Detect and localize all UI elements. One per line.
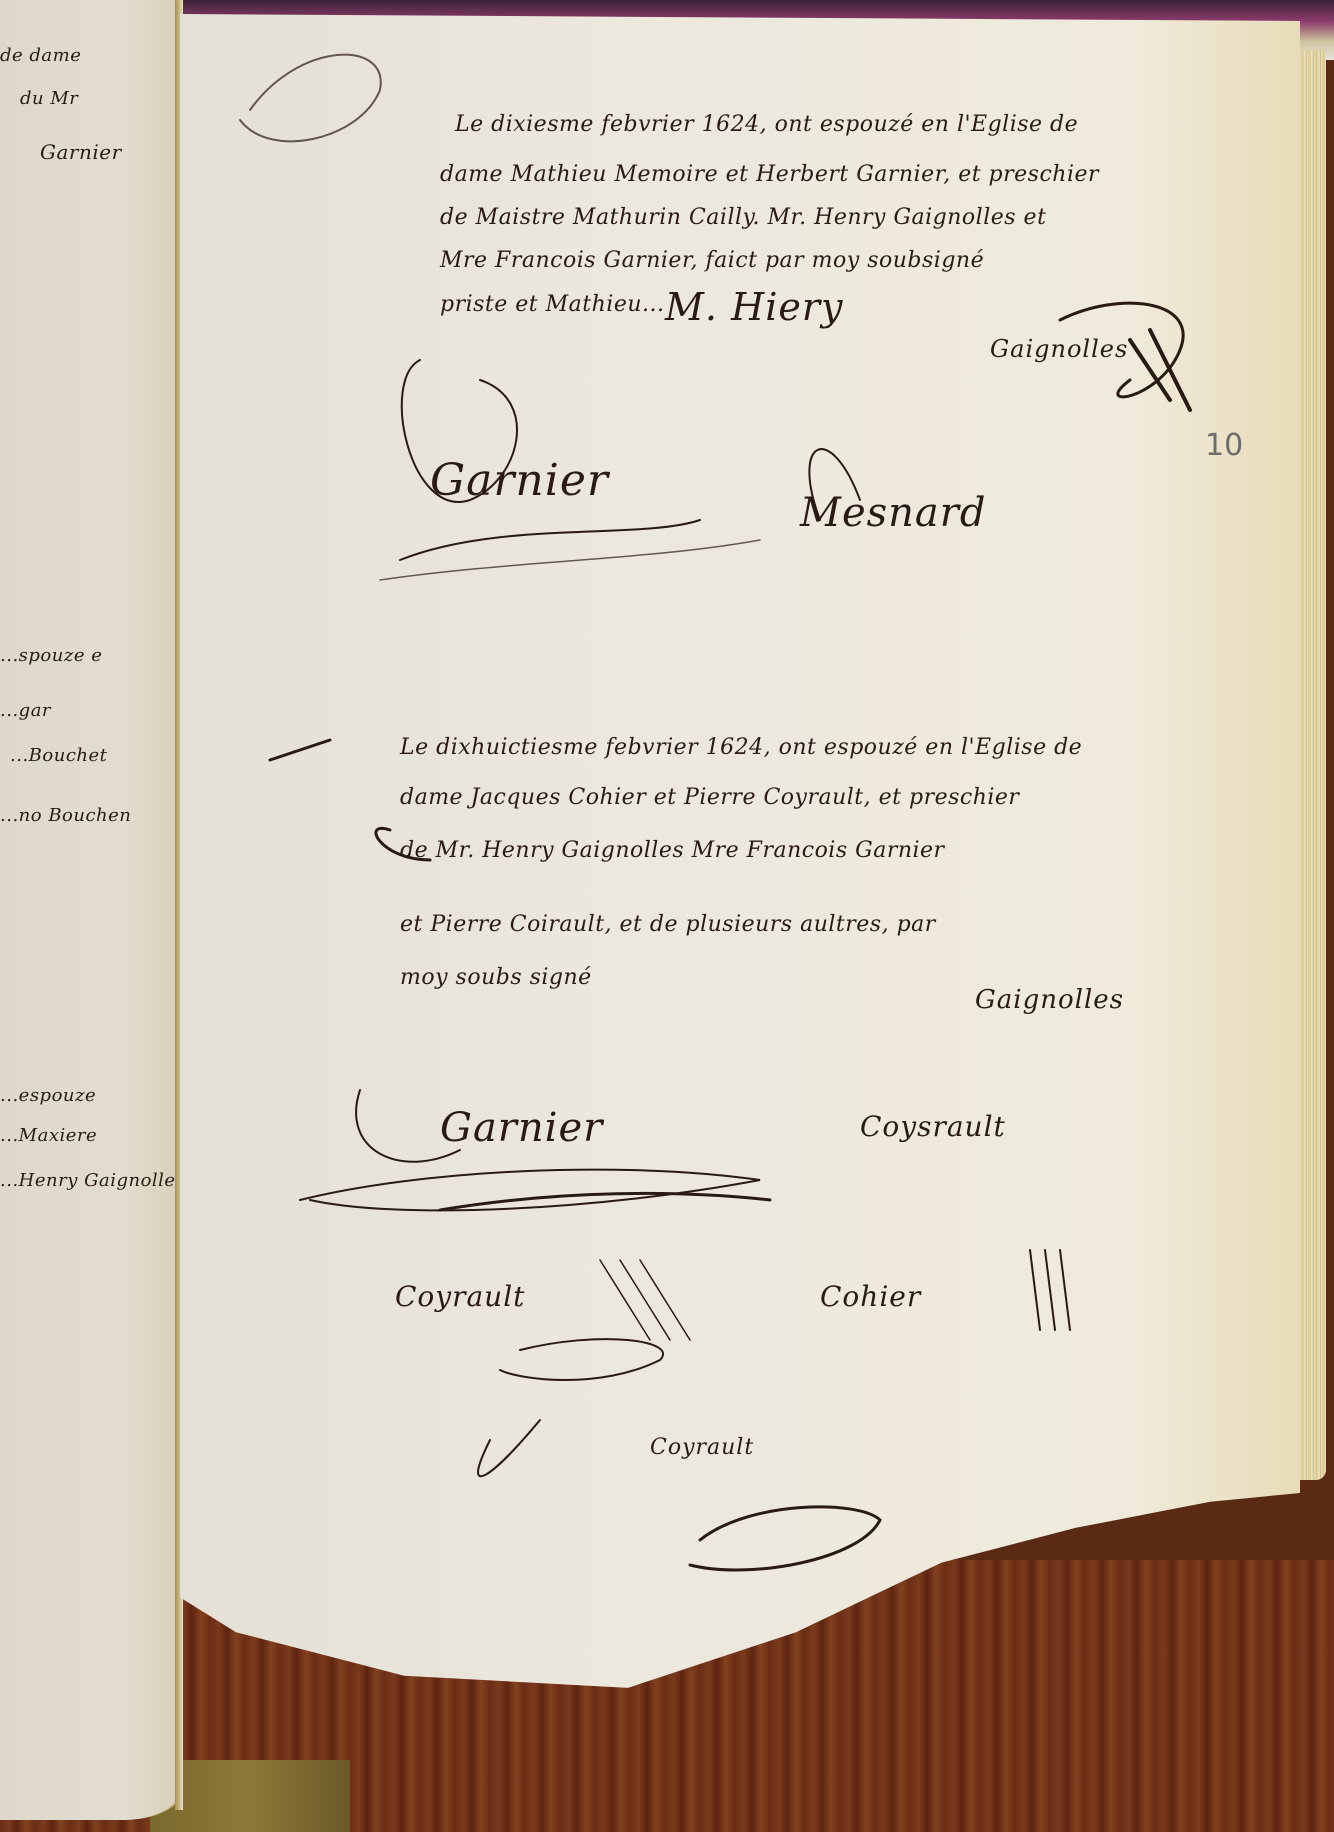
entry-2-line: de Mr. Henry Gaignolles Mre Francois Gar… <box>400 838 945 863</box>
signature: M. Hiery <box>665 285 843 329</box>
entry-1-line: dame Mathieu Memoire et Herbert Garnier,… <box>440 162 1099 187</box>
entry-1-line: Le dixiesme febvrier 1624, ont espouzé e… <box>455 112 1078 137</box>
entry-2-line: dame Jacques Cohier et Pierre Coyrault, … <box>400 785 1019 810</box>
signature: Coyrault <box>650 1435 754 1460</box>
signature: Gaignolles <box>975 985 1124 1015</box>
entry-1-line: Mre Francois Garnier, faict par moy soub… <box>440 248 984 273</box>
entry-2-line: moy soubs signé <box>400 965 592 990</box>
signature: Gaignolles <box>990 335 1128 363</box>
signature: Cohier <box>820 1280 921 1313</box>
entry-2-line: Le dixhuictiesme febvrier 1624, ont espo… <box>400 735 1082 760</box>
signature: Coyrault <box>395 1280 525 1313</box>
entry-1-line: de Maistre Mathurin Cailly. Mr. Henry Ga… <box>440 205 1046 230</box>
signature: Coysrault <box>860 1110 1006 1143</box>
folio-number: 10 <box>1205 428 1243 463</box>
signature: Garnier <box>430 455 609 506</box>
entry-1-line: priste et Mathieu... <box>440 292 665 317</box>
entry-2-line: et Pierre Coirault, et de plusieurs ault… <box>400 912 936 937</box>
signature: Garnier <box>440 1105 603 1151</box>
signature: Mesnard <box>800 490 987 536</box>
